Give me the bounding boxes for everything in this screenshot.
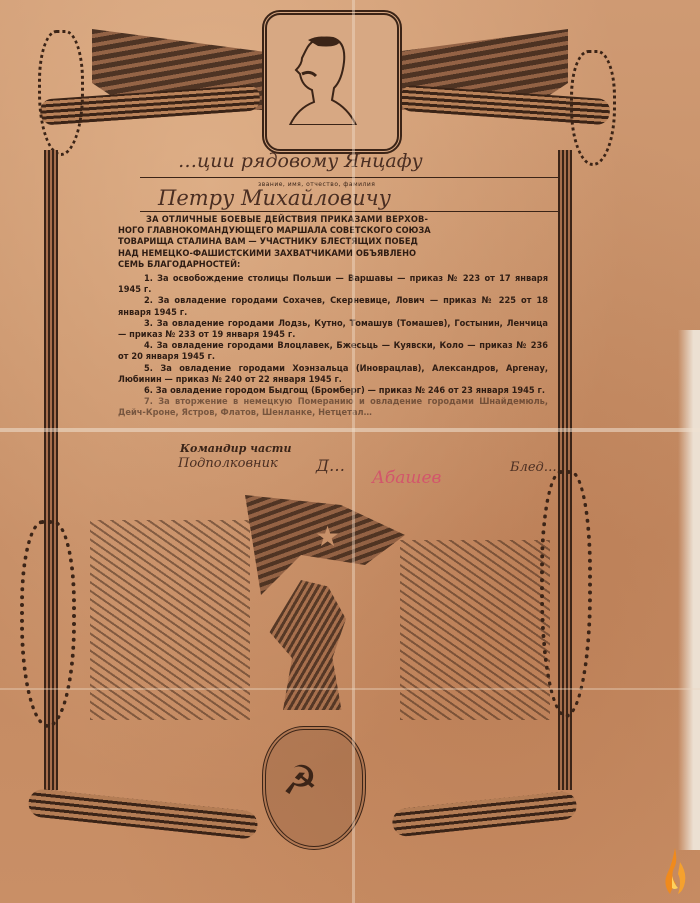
signature-initial: Д… bbox=[316, 456, 345, 475]
fold-crease-horizontal bbox=[0, 428, 700, 432]
name-underline bbox=[140, 211, 560, 212]
signature-rank: Подполковник bbox=[178, 456, 278, 471]
battle-scene-right bbox=[400, 540, 550, 720]
fold-crease-vertical bbox=[352, 0, 355, 903]
commendation-item: 2. За овладение городами Сохачев, Скерне… bbox=[118, 295, 548, 317]
red-signature: Абашев bbox=[372, 468, 441, 488]
commander-label: Командир части bbox=[180, 442, 291, 455]
rank-underline bbox=[140, 177, 560, 178]
commendation-text: ЗА ОТЛИЧНЫЕ БОЕВЫЕ ДЕЙСТВИЯ ПРИКАЗАМИ ВЕ… bbox=[118, 214, 548, 419]
commendation-item: 7. За вторжение в немецкую Померанию и о… bbox=[118, 396, 548, 418]
commendation-item: 6. За овладение городом Быдгощ (Бромберг… bbox=[118, 385, 548, 396]
right-laurel-icon bbox=[570, 50, 616, 166]
torn-edge bbox=[678, 330, 700, 850]
heading-line: СЕМЬ БЛАГОДАРНОСТЕЙ: bbox=[118, 259, 548, 270]
star-icon: ★ bbox=[315, 520, 340, 553]
commendation-item: 3. За овладение городами Лодзь, Кутно, Т… bbox=[118, 318, 548, 340]
commendation-item: 5. За овладение городами Хоэнзальца (Ино… bbox=[118, 363, 548, 385]
recipient-name: Петру Михайловичу bbox=[158, 186, 391, 210]
left-side-laurel-icon bbox=[20, 520, 76, 728]
heading-line: НАД НЕМЕЦКО-ФАШИСТСКИМИ ЗАХВАТЧИКАМИ ОБЪ… bbox=[118, 248, 548, 259]
recipient-rank: …ции рядовому Янцафу bbox=[178, 150, 423, 172]
heading-line: НОГО ГЛАВНОКОМАНДУЮЩЕГО МАРШАЛА СОВЕТСКО… bbox=[118, 225, 548, 236]
signature-extra: Блед… bbox=[510, 460, 557, 475]
commendation-item: 4. За овладение городами Влоцлавек, Бжес… bbox=[118, 340, 548, 362]
battle-scene-left bbox=[90, 520, 250, 720]
portrait-icon bbox=[288, 30, 358, 125]
heading-line: ЗА ОТЛИЧНЫЕ БОЕВЫЕ ДЕЙСТВИЯ ПРИКАЗАМИ ВЕ… bbox=[118, 214, 548, 225]
commendation-item: 1. За освобождение столицы Польши — Варш… bbox=[118, 273, 548, 295]
hammer-sickle-icon: ☭ bbox=[282, 758, 318, 804]
left-laurel-icon bbox=[38, 30, 84, 156]
flame-icon bbox=[662, 848, 688, 894]
fold-crease-horizontal bbox=[0, 688, 700, 690]
heading-line: ТОВАРИЩА СТАЛИНА ВАМ — УЧАСТНИКУ БЛЕСТЯЩ… bbox=[118, 236, 548, 247]
